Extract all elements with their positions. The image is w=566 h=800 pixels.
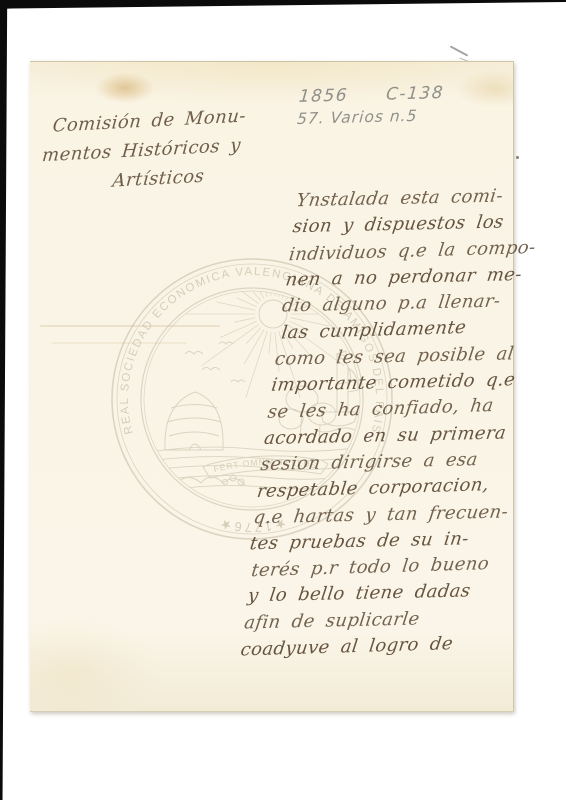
paper-streak xyxy=(40,325,220,327)
commission-header: Comisión de Monu-mentos Históricos yArtí… xyxy=(38,100,283,200)
archival-annotation-row: 1856 C-138 xyxy=(298,83,445,107)
annotation-box-code: C-138 xyxy=(385,83,445,105)
annotation-year: 1856 xyxy=(298,86,349,107)
beehive-icon xyxy=(165,392,223,450)
dust-speck xyxy=(516,156,519,159)
scanner-edge-left xyxy=(0,0,9,800)
annotation-series: 57. Varios n.5 xyxy=(296,106,443,128)
archival-annotation: 1856 C-138 57. Varios n.5 xyxy=(296,83,444,128)
scan-backing: REAL SOCIEDAD ECONOMICA VALENCIANA DE AM… xyxy=(0,0,566,800)
manuscript-page: REAL SOCIEDAD ECONOMICA VALENCIANA DE AM… xyxy=(30,61,514,712)
foreground-rocks xyxy=(175,475,245,485)
pencil-scratch-mark xyxy=(450,45,469,56)
scanner-edge-top xyxy=(0,0,566,9)
birds-icon xyxy=(185,342,245,382)
paper-streak xyxy=(52,342,187,344)
